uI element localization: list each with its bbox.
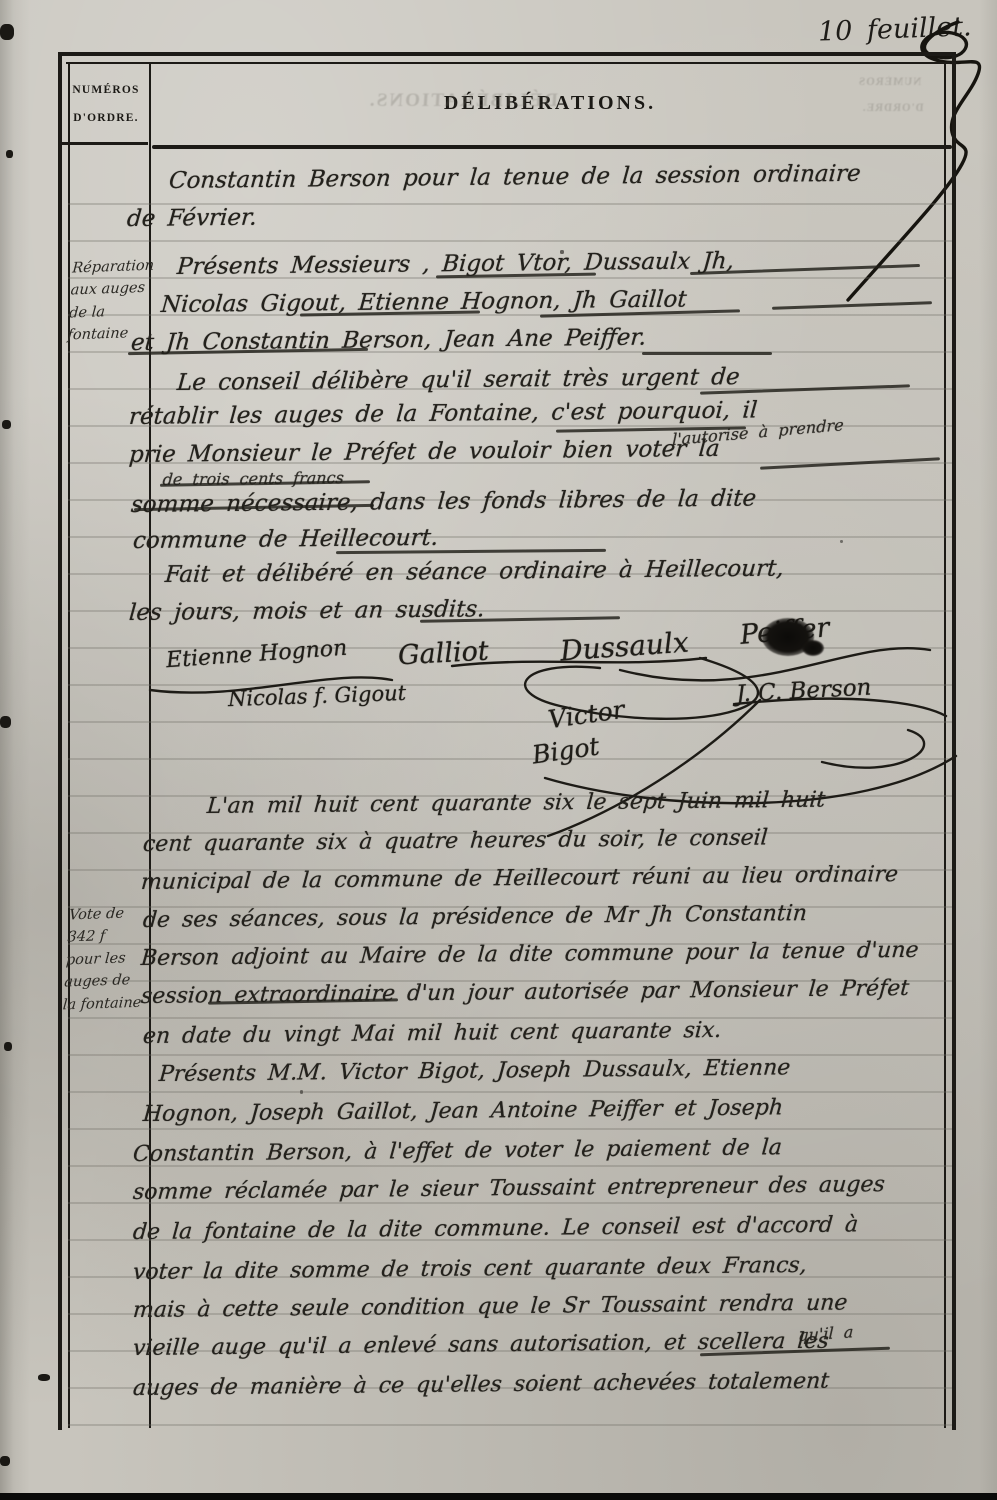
scan-edge-mark <box>2 420 11 429</box>
paper-speck <box>300 1090 303 1094</box>
margin-note-line: la fontaine <box>62 991 148 1016</box>
margin-note-line: de la <box>68 299 154 324</box>
strikethrough-mark <box>642 352 772 355</box>
ink-blot <box>802 640 824 656</box>
header-underline-main <box>152 145 952 149</box>
frame-line <box>66 62 950 64</box>
margin-note-line: pour les <box>65 946 151 971</box>
scan-edge-mark <box>0 24 14 40</box>
scan-edge-mark <box>6 150 13 158</box>
paper-speck <box>840 540 843 543</box>
header-underline-left <box>62 142 148 145</box>
scan-edge-mark <box>4 1042 12 1051</box>
folio-number: 10 feuillet. <box>818 11 973 47</box>
bleed-through-ordre: D'ORDRE. <box>862 102 924 114</box>
column-header-ordre: D'ORDRE. <box>62 112 150 124</box>
bleed-through-title: DÉLIBÉRATIONS. <box>367 90 558 112</box>
scan-edge-mark <box>0 716 11 728</box>
paper-speck <box>560 250 564 254</box>
signature-galliot: Galliot <box>397 636 489 672</box>
column-header-numeros: NUMÉROS <box>62 84 150 96</box>
scan-edge-bottom <box>0 1493 997 1500</box>
margin-note-line: 342 f <box>67 924 153 949</box>
handwritten-line: de Février. <box>126 205 258 232</box>
register-page-scan: 10 feuillet. NUMÉROS D'ORDRE. DÉLIBÉRATI… <box>0 0 997 1500</box>
scan-edge-mark <box>38 1374 50 1381</box>
bleed-through-numeros: NUMÉROS <box>858 76 922 88</box>
margin-note-line: aux auges <box>70 277 156 302</box>
margin-note-line: Vote de <box>68 902 154 927</box>
margin-note-line: Réparation <box>71 255 157 280</box>
scan-edge-mark <box>0 1456 10 1466</box>
interlinear-insertion: qu'il a <box>798 1322 854 1345</box>
handwritten-line: commune de Heillecourt. <box>132 525 439 554</box>
margin-note-line: auges de <box>64 969 150 994</box>
frame-line <box>58 52 956 56</box>
frame-line <box>58 52 62 1430</box>
frame-line <box>952 52 956 1430</box>
